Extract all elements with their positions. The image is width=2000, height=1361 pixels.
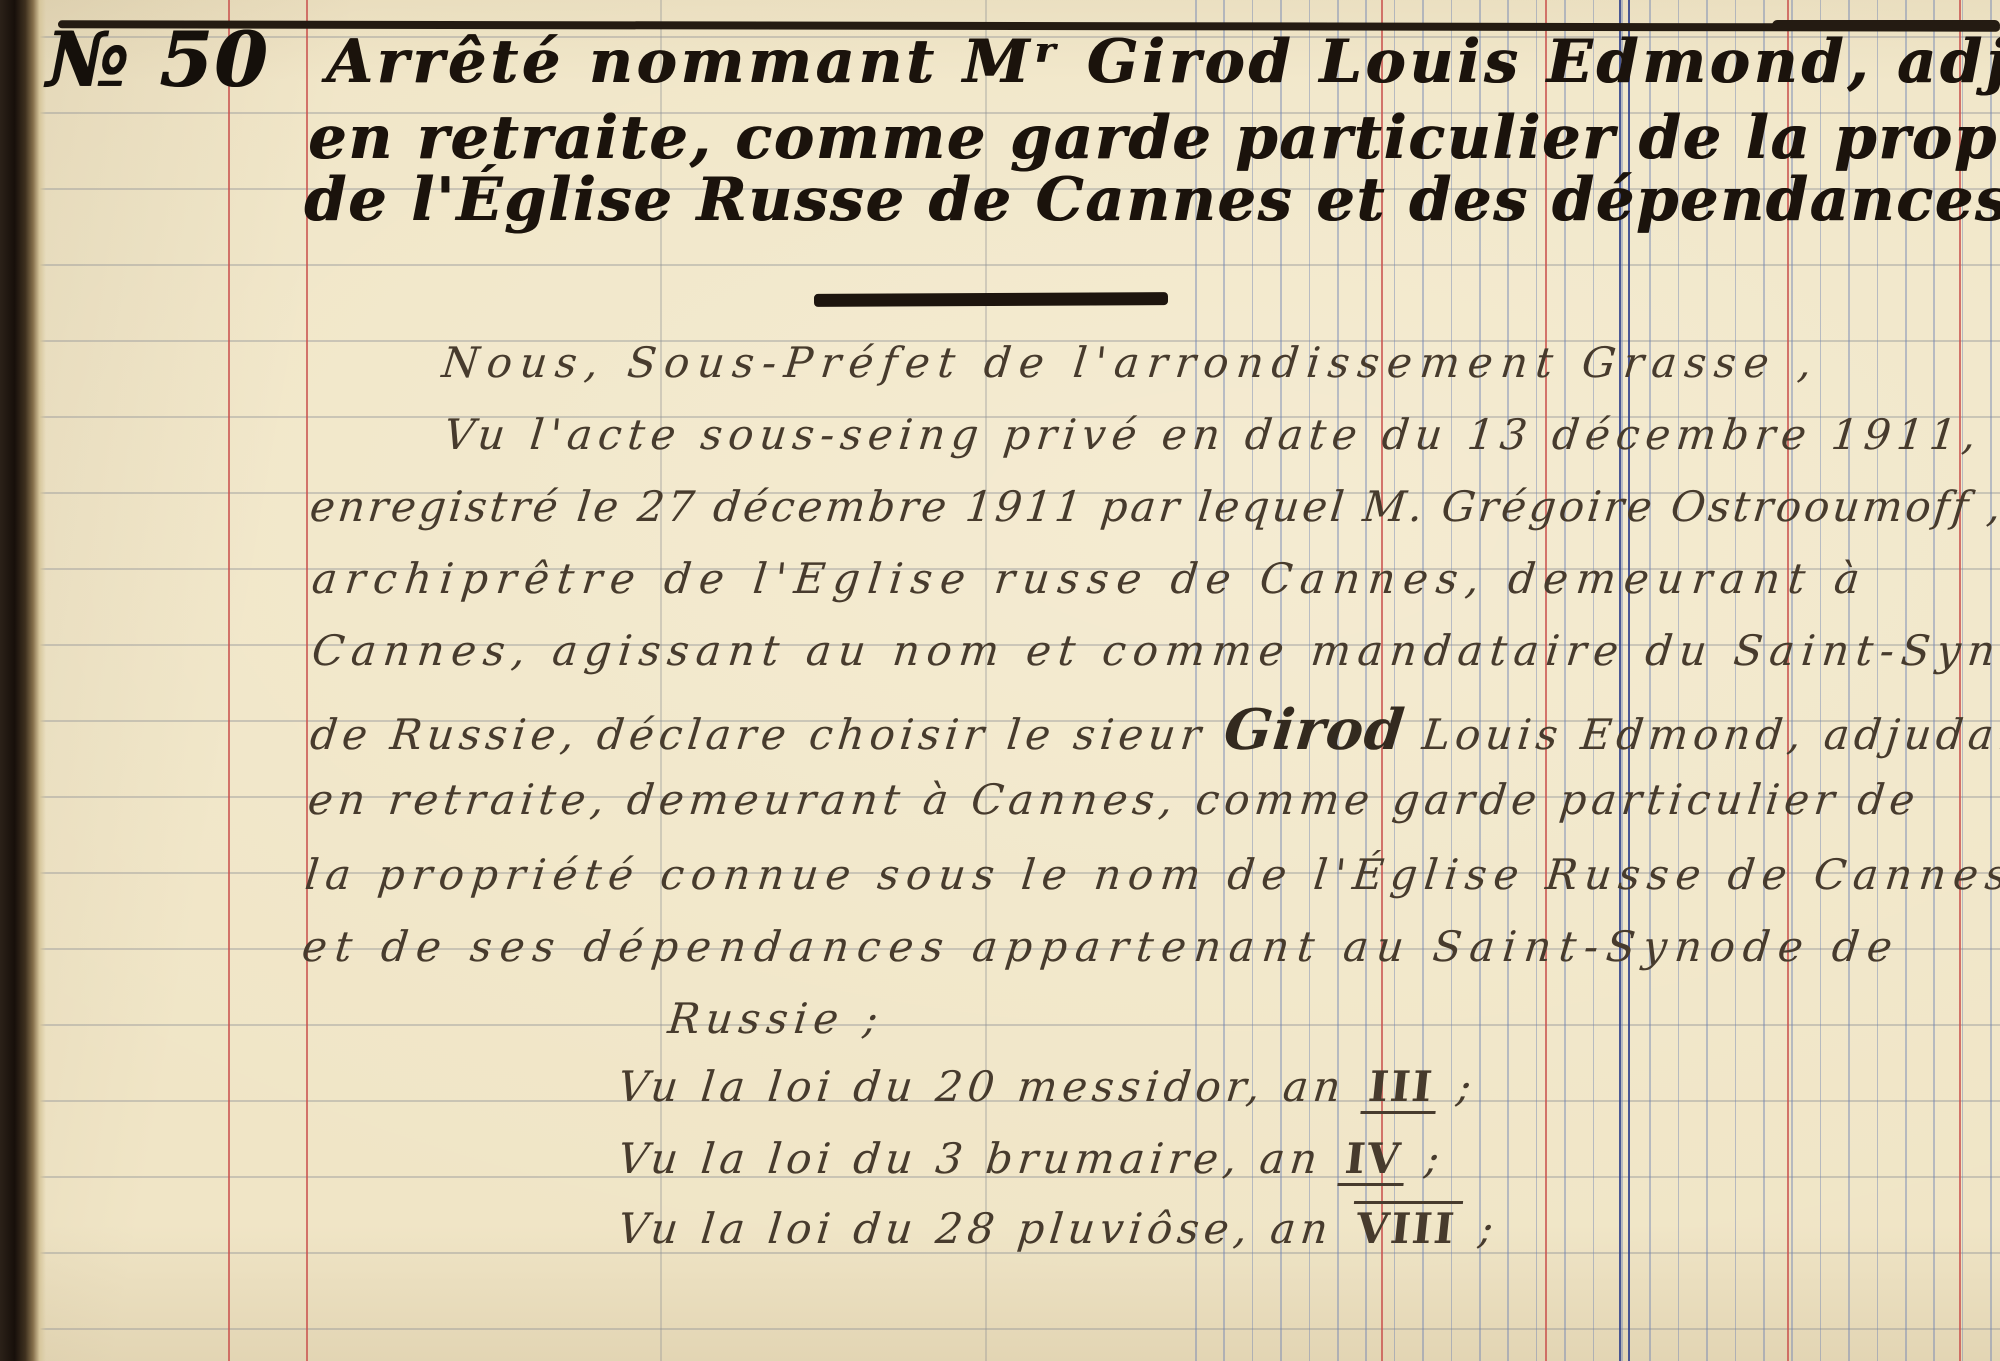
body-line-5: Cannes, agissant au nom et comme mandata… <box>310 630 2000 672</box>
body-line-9: et de ses dépendances appartenant au Sai… <box>300 926 1902 968</box>
body-line-10: Russie ; <box>666 998 886 1040</box>
body-line-7: en retraite, demeurant à Cannes, comme g… <box>306 779 1922 821</box>
body-line-6-prefix: de Russie, déclare choisir le sieur <box>308 710 1227 759</box>
vu-3-end: ; <box>1458 1204 1501 1253</box>
title-line-3: de l'Église Russe de Cannes et des dépen… <box>304 170 2000 230</box>
vu-1-numeral: III <box>1361 1062 1441 1114</box>
body-line-8: la propriété connue sous le nom de l'Égl… <box>303 854 2000 896</box>
body-line-4: archiprêtre de l'Eglise russe de Cannes,… <box>310 558 1870 600</box>
entry-number: № 50 <box>46 22 269 98</box>
body-line-11: Vu la loi du 20 messidor, an III ; <box>616 1066 1478 1108</box>
vu-3-text: Vu la loi du 28 pluviôse, an <box>616 1204 1354 1253</box>
body-line-12: Vu la loi du 3 brumaire, an IV ; <box>616 1138 1446 1180</box>
register-page: № 50 Arrêté nommant Mʳ Girod Louis Edmon… <box>0 0 2000 1361</box>
body-line-6: de Russie, déclare choisir le sieur Giro… <box>308 702 2000 758</box>
vu-2-text: Vu la loi du 3 brumaire, an <box>616 1134 1343 1183</box>
title-line-1: Arrêté nommant Mʳ Girod Louis Edmond, ad… <box>326 32 2000 92</box>
body-line-6-name: Girod <box>1221 697 1408 763</box>
body-line-2: Vu l'acte sous-seing privé en date du 13… <box>442 414 1984 456</box>
vu-1-end: ; <box>1436 1062 1479 1111</box>
vu-2-end: ; <box>1404 1134 1447 1183</box>
title-underline <box>814 292 1168 307</box>
horizontal-rule <box>0 1328 2000 1330</box>
vu-3-numeral: VIII <box>1349 1201 1464 1253</box>
horizontal-rule <box>0 264 2000 266</box>
title-line-2: en retraite, comme garde particulier de … <box>308 108 2000 168</box>
vertical-rule <box>228 0 230 1361</box>
book-binding-edge <box>0 0 46 1361</box>
body-line-3: enregistré le 27 décembre 1911 par leque… <box>308 486 2000 528</box>
vu-1-text: Vu la loi du 20 messidor, an <box>616 1062 1367 1111</box>
horizontal-rule <box>0 1024 2000 1026</box>
body-line-13: Vu la loi du 28 pluviôse, an VIII ; <box>616 1208 1500 1250</box>
vu-2-numeral: IV <box>1337 1134 1409 1186</box>
body-line-1: Nous, Sous-Préfet de l'arrondissement Gr… <box>440 342 1822 384</box>
body-line-6-suffix: Louis Edmond, adjudant <box>1402 710 2000 759</box>
